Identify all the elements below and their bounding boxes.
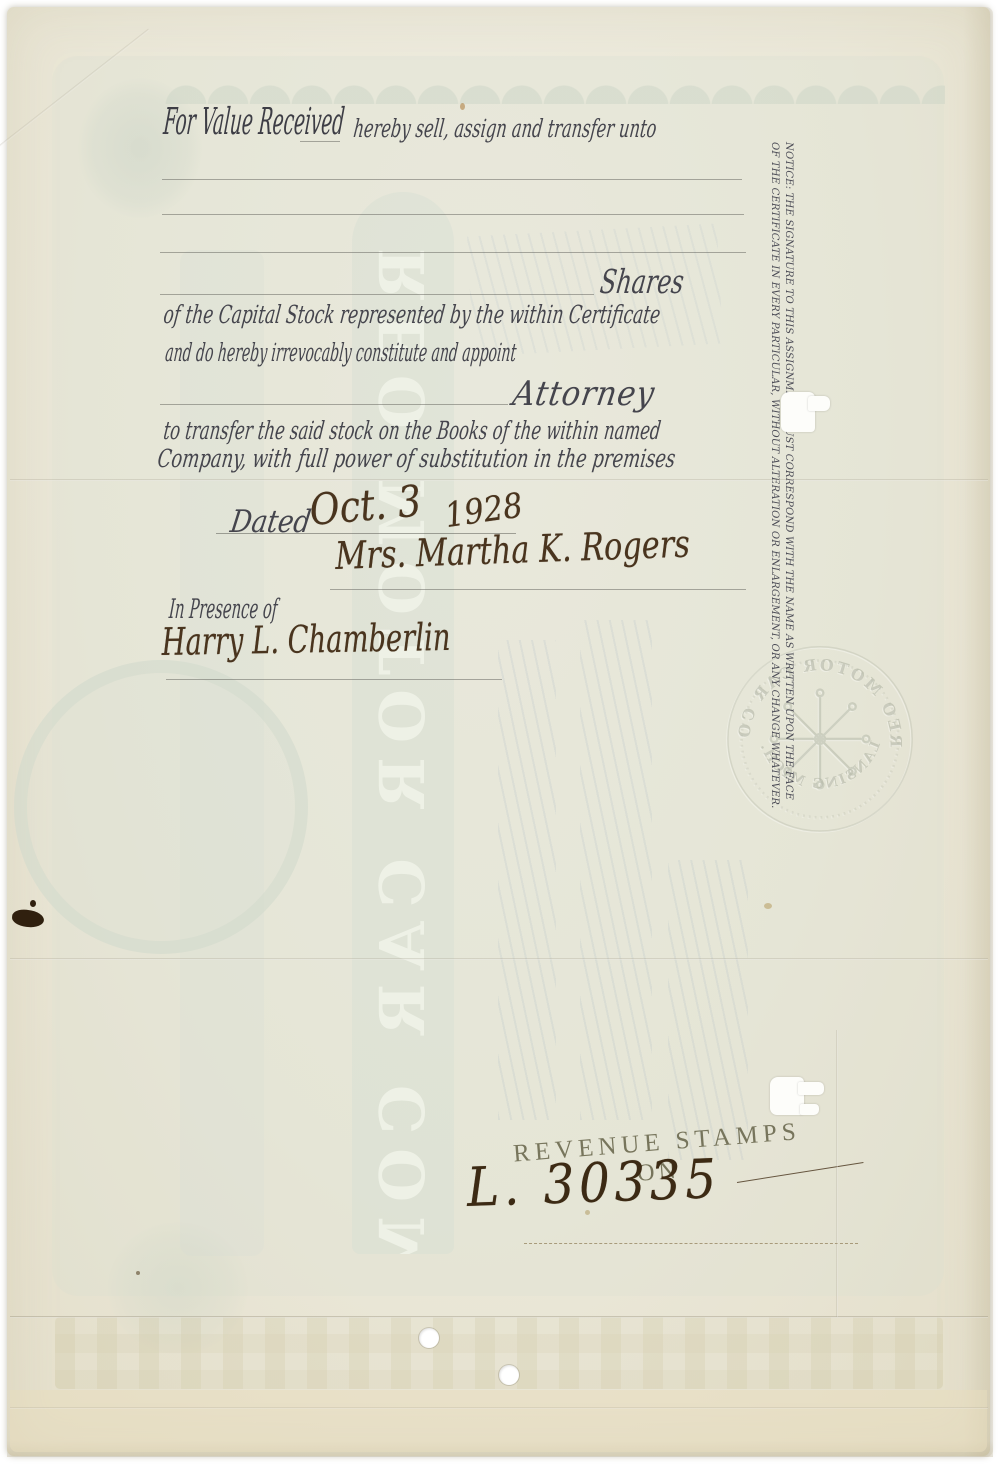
paper-chip xyxy=(798,1082,824,1095)
paper-stain xyxy=(460,103,465,110)
notice-line-1: Notice: The signature to this assignment… xyxy=(781,142,795,742)
shares-blank-line xyxy=(160,294,594,295)
handwritten-ledger-number: L. 30335 xyxy=(466,1147,722,1219)
paper-chip xyxy=(808,396,830,411)
fold-crease xyxy=(10,479,988,481)
punch-hole xyxy=(419,1328,439,1348)
paper-chip xyxy=(800,1104,819,1115)
blank-line xyxy=(162,179,742,180)
fold-crease-vertical xyxy=(836,1030,838,1317)
paper-stain xyxy=(136,1271,140,1275)
ledger-number-line xyxy=(524,1243,858,1244)
paper-edge-shade xyxy=(963,7,993,1457)
transfer-clause: hereby sell, assign and transfer unto xyxy=(352,114,658,143)
paper-stain xyxy=(764,903,772,909)
blank-line xyxy=(162,214,744,215)
notice-line-2: of the certificate in every particular, … xyxy=(767,142,781,742)
ink-smudge-dot xyxy=(30,900,36,907)
dated-label: Dated xyxy=(228,504,313,540)
signature-line xyxy=(330,589,746,590)
handwritten-date: Oct. 3 xyxy=(308,476,424,536)
substitution-line: Company, with full power of substitution… xyxy=(156,444,677,473)
witness-line xyxy=(166,679,502,680)
value-received-label: For Value Received xyxy=(162,100,346,143)
embossed-corporate-seal: REO MOTOR CAR CO. LANSING MICH. xyxy=(722,639,918,835)
attorney-label: Attorney xyxy=(510,374,658,414)
appoint-line: and do hereby irrevocably constitute and… xyxy=(164,338,518,367)
fold-crease xyxy=(10,958,988,960)
fold-crease xyxy=(10,1316,988,1318)
transfer-books-line: to transfer the said stock on the Books … xyxy=(162,416,662,445)
paper-tone-band xyxy=(10,1390,987,1452)
attorney-blank-line xyxy=(160,404,508,405)
punch-hole xyxy=(499,1365,519,1385)
signature-notice: Notice: The signature to this assignment… xyxy=(767,142,795,742)
fold-crease xyxy=(10,1407,988,1409)
witness-signature: Harry L. Chamberlin xyxy=(161,615,450,664)
shares-label: Shares xyxy=(598,262,686,301)
blank-line xyxy=(160,252,746,253)
capital-stock-line: of the Capital Stock represented by the … xyxy=(162,300,662,329)
